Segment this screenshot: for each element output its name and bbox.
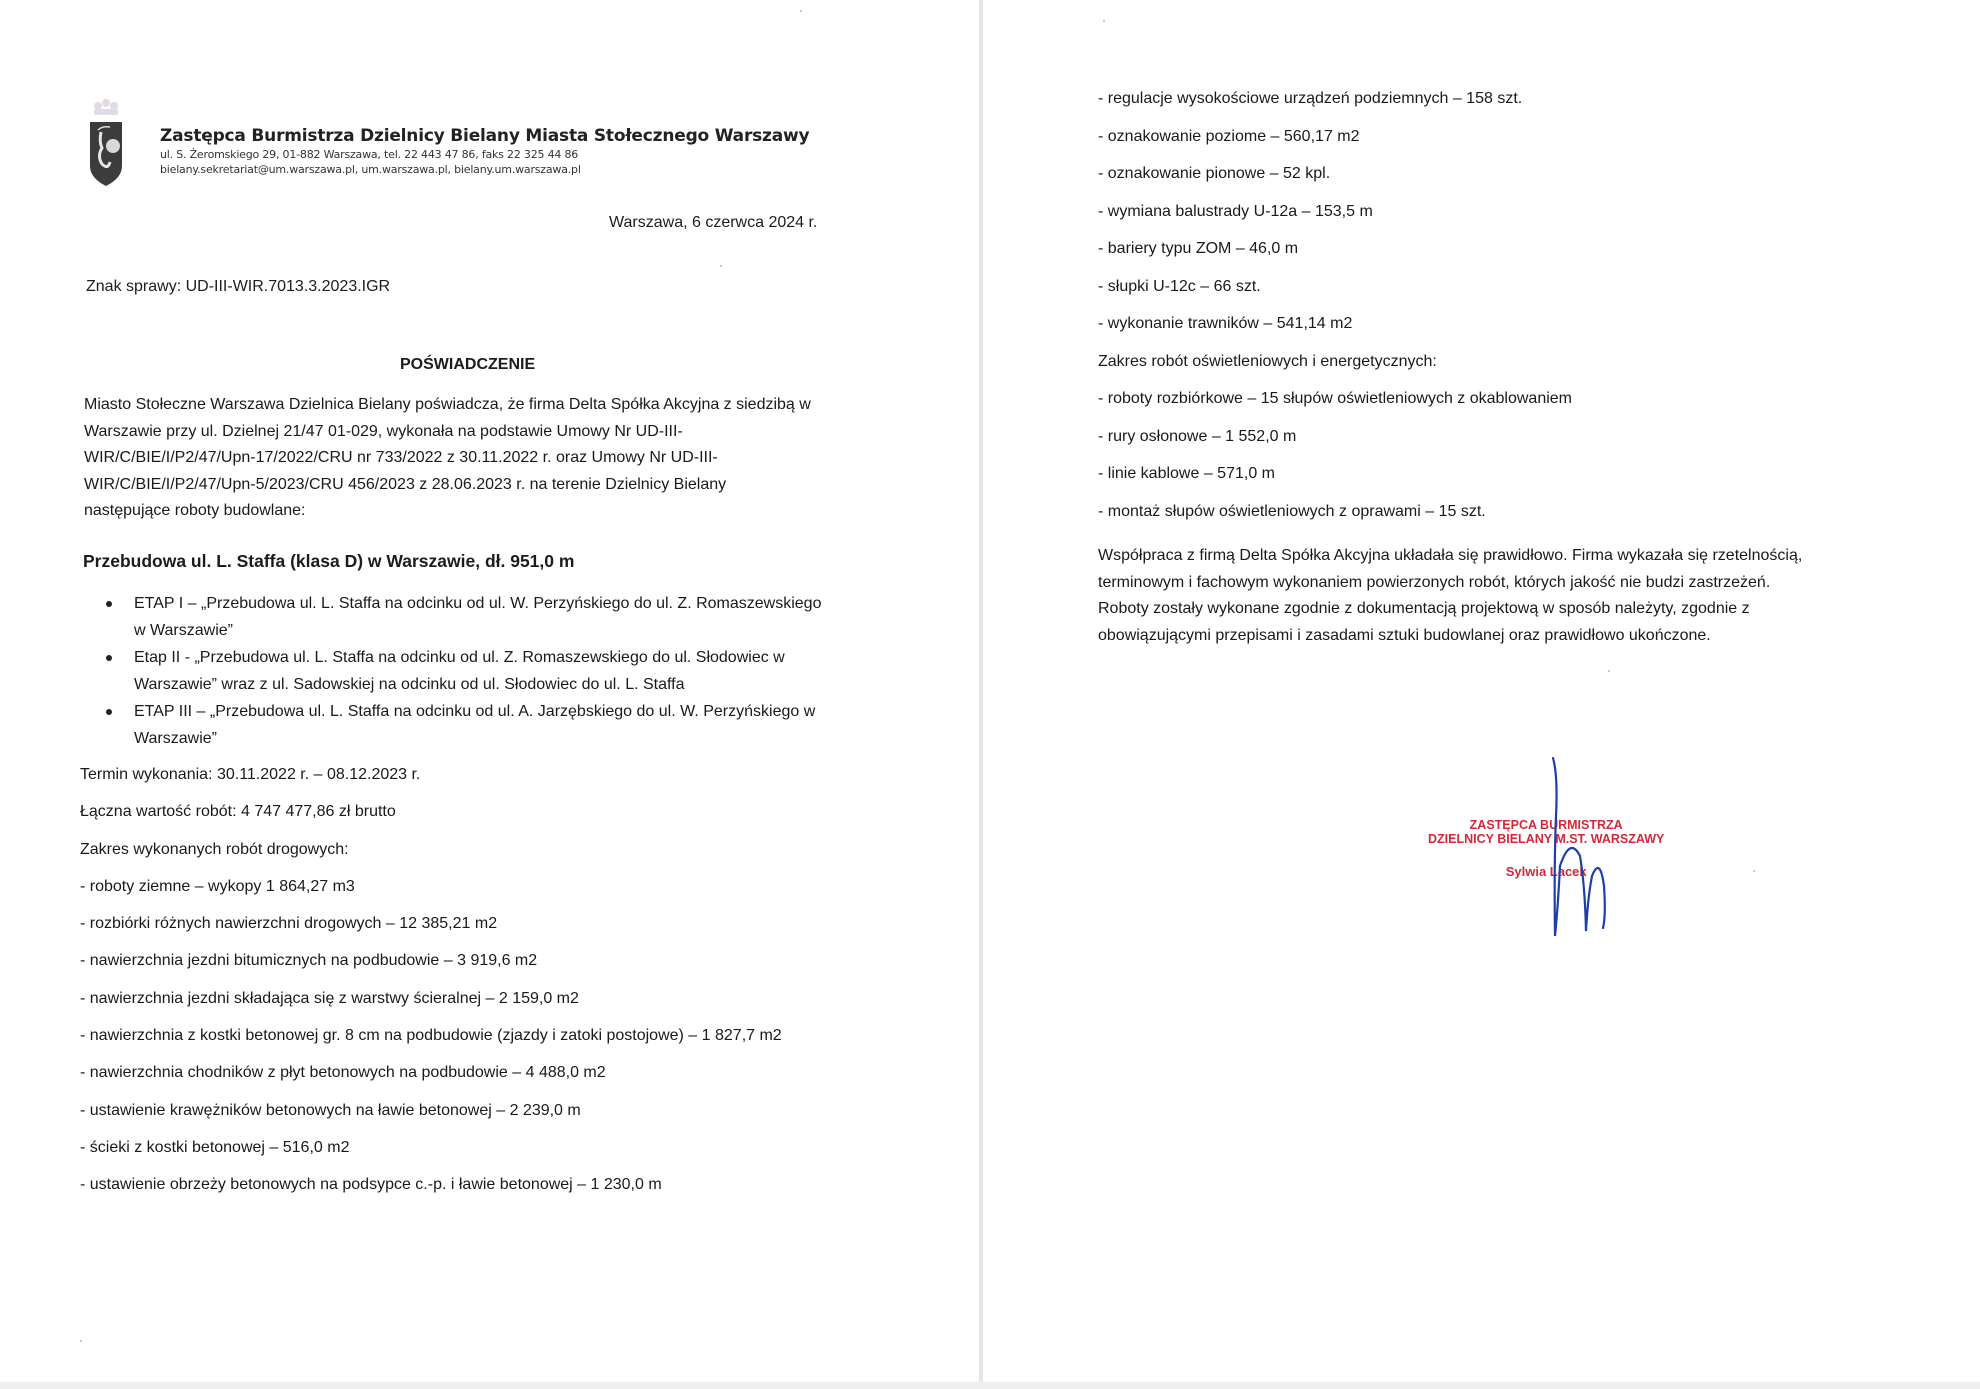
- intro-line: Miasto Stołeczne Warszawa Dzielnica Biel…: [84, 392, 844, 419]
- scan-speck: [1753, 870, 1755, 872]
- road-works-list: Termin wykonania: 30.11.2022 r. – 08.12.…: [80, 766, 782, 1214]
- work-item: - nawierzchnia z kostki betonowej gr. 8 …: [80, 1027, 782, 1064]
- intro-line: Warszawie przy ul. Dzielnej 21/47 01-029…: [84, 419, 844, 446]
- work-item: - ustawienie krawężników betonowych na ł…: [80, 1102, 782, 1139]
- stage-list: ETAP I – „Przebudowa ul. L. Staffa na od…: [100, 590, 821, 752]
- work-item: - nawierzchnia jezdni składająca się z w…: [80, 990, 782, 1027]
- bullet-icon: [106, 709, 112, 715]
- scan-speck: [1103, 20, 1105, 22]
- scan-speck: [720, 265, 722, 267]
- bullet-icon: [106, 601, 112, 607]
- letterhead-contact: bielany.sekretariat@um.warszawa.pl, um.w…: [160, 163, 809, 176]
- stage-line: w Warszawie”: [134, 617, 821, 644]
- work-item: - oznakowanie poziome – 560,17 m2: [1098, 128, 1572, 166]
- intro-line: następujące roboty budowlane:: [84, 498, 844, 525]
- warsaw-crest-icon: [88, 96, 124, 188]
- project-heading: Przebudowa ul. L. Staffa (klasa D) w War…: [83, 551, 574, 572]
- stage-line: ETAP I – „Przebudowa ul. L. Staffa na od…: [134, 590, 821, 617]
- work-item: - ścieki z kostki betonowej – 516,0 m2: [80, 1139, 782, 1176]
- work-item: - ustawienie obrzeży betonowych na podsy…: [80, 1176, 782, 1213]
- intro-line: WIR/C/BIE/I/P2/47/Upn-5/2023/CRU 456/202…: [84, 472, 844, 499]
- work-item: - nawierzchnia chodników z płyt betonowy…: [80, 1064, 782, 1101]
- stage-line: Warszawie” wraz z ul. Sadowskiej na odci…: [134, 671, 821, 698]
- work-item: - słupki U-12c – 66 szt.: [1098, 278, 1572, 316]
- road-works-heading: Zakres wykonanych robót drogowych:: [80, 841, 782, 878]
- stage-line: Etap II - „Przebudowa ul. L. Staffa na o…: [134, 644, 821, 671]
- total-value: Łączna wartość robót: 4 747 477,86 zł br…: [80, 803, 782, 840]
- work-item: - rury osłonowe – 1 552,0 m: [1098, 428, 1572, 466]
- letterhead-title: Zastępca Burmistrza Dzielnicy Bielany Mi…: [160, 126, 809, 146]
- stage-item: ETAP I – „Przebudowa ul. L. Staffa na od…: [100, 590, 821, 644]
- stage-item: Etap II - „Przebudowa ul. L. Staffa na o…: [100, 644, 821, 698]
- work-item: - nawierzchnia jezdni bitumicznych na po…: [80, 952, 782, 989]
- letterhead-address: ul. S. Żeromskiego 29, 01-882 Warszawa, …: [160, 148, 809, 161]
- closing-line: Roboty zostały wykonane zgodnie z dokume…: [1098, 596, 1802, 623]
- intro-paragraph: Miasto Stołeczne Warszawa Dzielnica Biel…: [84, 392, 844, 525]
- scan-speck: [1608, 670, 1610, 672]
- document-date: Warszawa, 6 czerwca 2024 r.: [609, 214, 817, 232]
- closing-line: terminowym i fachowym wykonaniem powierz…: [1098, 570, 1802, 597]
- work-item: - roboty ziemne – wykopy 1 864,27 m3: [80, 878, 782, 915]
- completion-term: Termin wykonania: 30.11.2022 r. – 08.12.…: [80, 766, 782, 803]
- work-item: - linie kablowe – 571,0 m: [1098, 465, 1572, 503]
- document-page-1: Zastępca Burmistrza Dzielnicy Bielany Mi…: [0, 0, 980, 1389]
- work-item: - oznakowanie pionowe – 52 kpl.: [1098, 165, 1572, 203]
- letterhead: Zastępca Burmistrza Dzielnicy Bielany Mi…: [160, 126, 809, 176]
- closing-paragraph: Współpraca z firmą Delta Spółka Akcyjna …: [1098, 543, 1802, 649]
- closing-line: Współpraca z firmą Delta Spółka Akcyjna …: [1098, 543, 1802, 570]
- scan-speck: [80, 1340, 82, 1342]
- stage-item: ETAP III – „Przebudowa ul. L. Staffa na …: [100, 698, 821, 752]
- intro-line: WIR/C/BIE/I/P2/47/Upn-17/2022/CRU nr 733…: [84, 445, 844, 472]
- closing-line: obowiązującymi przepisami i zasadami szt…: [1098, 623, 1802, 650]
- work-item: - roboty rozbiórkowe – 15 słupów oświetl…: [1098, 390, 1572, 428]
- road-works-list-continued: - regulacje wysokościowe urządzeń podzie…: [1098, 90, 1572, 540]
- handwritten-signature-icon: [1500, 756, 1620, 946]
- scan-speck: [800, 10, 802, 12]
- work-item: - wymiana balustrady U-12a – 153,5 m: [1098, 203, 1572, 241]
- work-item: - regulacje wysokościowe urządzeń podzie…: [1098, 90, 1572, 128]
- lighting-works-heading: Zakres robót oświetleniowych i energetyc…: [1098, 353, 1572, 391]
- stage-line: ETAP III – „Przebudowa ul. L. Staffa na …: [134, 698, 821, 725]
- case-reference: Znak sprawy: UD-III-WIR.7013.3.2023.IGR: [86, 278, 390, 296]
- work-item: - bariery typu ZOM – 46,0 m: [1098, 240, 1572, 278]
- work-item: - wykonanie trawników – 541,14 m2: [1098, 315, 1572, 353]
- document-title: POŚWIADCZENIE: [400, 356, 535, 374]
- stage-line: Warszawie”: [134, 725, 821, 752]
- work-item: - montaż słupów oświetleniowych z oprawa…: [1098, 503, 1572, 541]
- scan-bottom-edge: [0, 1382, 1980, 1389]
- bullet-icon: [106, 655, 112, 661]
- work-item: - rozbiórki różnych nawierzchni drogowyc…: [80, 915, 782, 952]
